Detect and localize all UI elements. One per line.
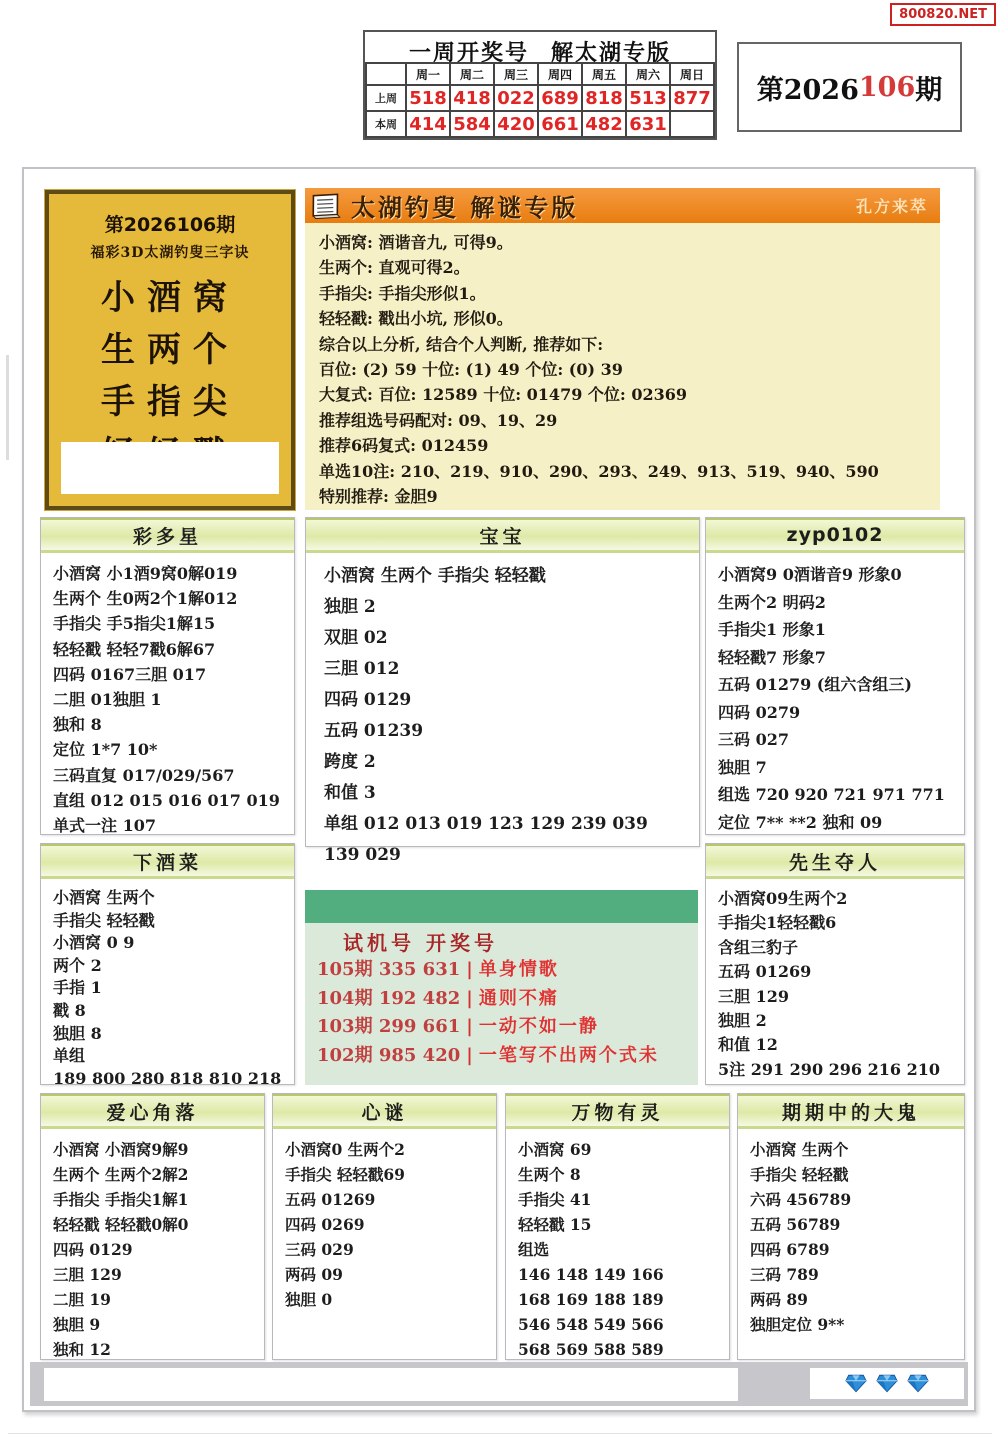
tip-line: 手指尖 手指尖1解1: [53, 1187, 252, 1212]
tip-line: 两码 09: [285, 1262, 484, 1287]
tip-line: 三胆 129: [53, 1262, 252, 1287]
gem-box: [810, 1368, 964, 1399]
tip-line: 独胆 0: [285, 1287, 484, 1312]
section-wanwu: 万物有灵 小酒窝 69 生两个 8 手指尖 41 轻轻戳 15 组选 146 1…: [505, 1093, 730, 1360]
number-cell: 661: [538, 111, 582, 137]
number-cell: 689: [538, 85, 582, 111]
section-qiqi: 期期中的大鬼 小酒窝 生两个 手指尖 轻轻戳 六码 456789 五码 5678…: [737, 1093, 965, 1360]
section-header: zyp0102: [706, 518, 964, 553]
section-title: 心谜: [361, 1098, 407, 1125]
tip-line: 五码 56789: [750, 1212, 952, 1237]
tip-line: 三码 027: [718, 726, 952, 754]
section-baobao: 宝宝 小酒窝 生两个 手指尖 轻轻戳 独胆 2 双胆 02 三胆 012 四码 …: [305, 517, 700, 847]
gem-icon: [845, 1374, 867, 1393]
page-bottom-divider: [8, 1433, 992, 1434]
tip-line: 小酒窝0 生两个2: [285, 1137, 484, 1162]
tip-line: 独胆 2: [324, 592, 687, 623]
week-numbers-table: 周一 周二 周三 周四 周五 周六 周日 上周 518 418 022 689 …: [365, 62, 715, 138]
number-cell: 518: [406, 85, 450, 111]
tip-line: 独和 12: [53, 1337, 252, 1362]
section-xiajiucai: 下酒菜 小酒窝 生两个 手指尖 轻轻戳 小酒窝 0 9 两个 2 手指 1 戳 …: [40, 843, 295, 1085]
number-cell: 584: [450, 111, 494, 137]
day-header: 周三: [494, 63, 538, 85]
section-xiansheng: 先生夺人 小酒窝09生两个2 手指尖1轻轻戳6 含组三豹子 五码 01269 三…: [705, 843, 965, 1085]
section-body: 小酒窝 小1酒9窝0解019 生两个 生0两2个1解012 手指尖 手5指尖1解…: [41, 553, 294, 838]
tip-line: 和值 12: [718, 1033, 952, 1057]
table-row: 上周 518 418 022 689 818 513 877: [366, 85, 714, 111]
number-cell: 418: [450, 85, 494, 111]
machine-number-body: 试机号 开奖号 105期 335 631|单身情歌 104期 192 482|通…: [305, 923, 698, 1070]
section-title: zyp0102: [787, 524, 884, 546]
number-cell: 513: [626, 85, 670, 111]
day-header: 周二: [450, 63, 494, 85]
tip-line: 小酒窝9 0酒谐音9 形象0: [718, 561, 952, 589]
section-title: 先生夺人: [789, 848, 881, 875]
taihu-panel: 太湖钓叟 解谜专版 孔方来萃 小酒窝: 酒谐音九, 可得9。 生两个: 直观可得…: [305, 188, 940, 510]
draw-numbers: 104期 192 482: [317, 988, 460, 1009]
tip-line: 手指尖 轻轻戳69: [285, 1162, 484, 1187]
section-title: 彩多星: [133, 522, 202, 549]
corner-cell: [366, 63, 406, 85]
day-header: 周日: [670, 63, 714, 85]
draw-numbers: 105期 335 631: [317, 959, 460, 980]
tip-line: 小酒窝 小酒窝9解9: [53, 1137, 252, 1162]
machine-number-title: 试机号 开奖号: [317, 927, 698, 956]
verse-line: 手指尖: [49, 376, 291, 428]
tip-line: 含组三豹子: [718, 936, 952, 960]
draw-numbers: 102期 985 420: [317, 1045, 460, 1066]
day-header: 周四: [538, 63, 582, 85]
issue-red-number: 106: [859, 72, 915, 103]
tip-line: 轻轻戳 轻轻戳0解0: [53, 1212, 252, 1237]
taihu-body: 小酒窝: 酒谐音九, 可得9。 生两个: 直观可得2。 手指尖: 手指尖形似1。…: [305, 223, 940, 509]
section-title: 万物有灵: [571, 1098, 663, 1125]
tip-line: 手指尖1 形象1: [718, 616, 952, 644]
section-caiduoxing: 彩多星 小酒窝 小1酒9窝0解019 生两个 生0两2个1解012 手指尖 手5…: [40, 517, 295, 835]
tip-line: 小酒窝 生两个 手指尖 轻轻戳: [324, 561, 687, 592]
section-title: 期期中的大鬼: [782, 1098, 920, 1125]
number-cell: 877: [670, 85, 714, 111]
tip-line: 568 569 588 589: [518, 1337, 717, 1362]
tip-line: 定位 7** **2 独和 09: [718, 809, 952, 837]
tip-line: 轻轻戳 轻轻7戳6解67: [53, 637, 282, 662]
week-panel-title: 一周开奖号解太湖专版: [365, 32, 715, 62]
number-cell: 022: [494, 85, 538, 111]
tip-line: 小酒窝 生两个: [53, 887, 282, 910]
tip-line: 手指尖 41: [518, 1187, 717, 1212]
site-tag: 800820.NET: [890, 3, 996, 26]
tip-line: 生两个 生两个2解2: [53, 1162, 252, 1187]
number-cell: 420: [494, 111, 538, 137]
tip-line: 独胆 9: [53, 1312, 252, 1337]
tip-line: 戳 8: [53, 1000, 282, 1023]
tip-line: 直组 012 015 016 017 019: [53, 788, 282, 813]
blank-area: [61, 442, 279, 494]
number-cell: 818: [582, 85, 626, 111]
issue-suffix: 期: [915, 68, 942, 107]
tip-line: 单组 012 013 019 123 129 239 039 139 029: [324, 809, 687, 871]
machine-number-row: 102期 985 420|一笔写不出两个式未: [317, 1042, 698, 1071]
number-cell: [670, 111, 714, 137]
machine-number-box: 试机号 开奖号 105期 335 631|单身情歌 104期 192 482|通…: [305, 890, 698, 1085]
taihu-line: 轻轻戳: 戳出小坑, 形似0。: [319, 306, 926, 331]
tip-line: 单式一注 107: [53, 813, 282, 838]
section-title: 宝宝: [479, 522, 525, 549]
footer-strip: [30, 1362, 968, 1406]
section-aixin: 爱心角落 小酒窝 小酒窝9解9 生两个 生两个2解2 手指尖 手指尖1解1 轻轻…: [40, 1093, 265, 1360]
taihu-line: 特别推荐: 金胆9: [319, 484, 926, 509]
tip-line: 小酒窝 0 9: [53, 932, 282, 955]
row-label: 本周: [366, 111, 406, 137]
row-label: 上周: [366, 85, 406, 111]
section-header: 下酒菜: [41, 844, 294, 879]
tip-line: 六码 456789: [750, 1187, 952, 1212]
section-header: 万物有灵: [506, 1094, 729, 1129]
taihu-corner-label: 孔方来萃: [856, 194, 928, 217]
section-header: 心谜: [273, 1094, 496, 1129]
tip-line: 独胆 2: [718, 1009, 952, 1033]
taihu-line: 手指尖: 手指尖形似1。: [319, 281, 926, 306]
taihu-title: 太湖钓叟 解谜专版: [351, 188, 578, 223]
section-body: 小酒窝 生两个 手指尖 轻轻戳 六码 456789 五码 56789 四码 67…: [738, 1129, 964, 1337]
section-header: 爱心角落: [41, 1094, 264, 1129]
footer-input[interactable]: [44, 1368, 738, 1401]
section-title: 下酒菜: [133, 848, 202, 875]
tip-line: 定位 1*7 10*: [53, 737, 282, 762]
tip-line: 跨度 2: [324, 747, 687, 778]
tip-line: 手指尖 手5指尖1解15: [53, 611, 282, 636]
tip-line: 四码 0279: [718, 699, 952, 727]
draw-phrase: 一动不如一静: [479, 1016, 599, 1037]
separator: |: [460, 1016, 479, 1037]
section-body: 小酒窝09生两个2 手指尖1轻轻戳6 含组三豹子 五码 01269 三胆 129…: [706, 879, 964, 1082]
tip-line: 双胆 02: [324, 623, 687, 654]
gem-icon: [907, 1374, 929, 1393]
tip-line: 独胆 8: [53, 1023, 282, 1046]
machine-number-row: 105期 335 631|单身情歌: [317, 956, 698, 985]
tip-line: 五码 01279 (组六含组三): [718, 671, 952, 699]
tip-line: 单组: [53, 1045, 282, 1068]
tip-line: 四码 0129: [324, 685, 687, 716]
tip-line: 两码 89: [750, 1287, 952, 1312]
tip-line: 两个 2: [53, 955, 282, 978]
tip-line: 二胆 19: [53, 1287, 252, 1312]
tip-line: 四码 0167三胆 017: [53, 662, 282, 687]
machine-number-row: 104期 192 482|通则不痛: [317, 985, 698, 1014]
gem-icon: [876, 1374, 898, 1393]
taihu-line: 综合以上分析, 结合个人判断, 推荐如下:: [319, 332, 926, 357]
verse-line: 小酒窝: [49, 272, 291, 324]
table-header-row: 周一 周二 周三 周四 周五 周六 周日: [366, 63, 714, 85]
draw-phrase: 一笔写不出两个式未: [479, 1045, 659, 1066]
machine-number-row: 103期 299 661|一动不如一静: [317, 1013, 698, 1042]
separator: |: [460, 959, 479, 980]
section-header: 先生夺人: [706, 844, 964, 879]
taihu-line: 推荐6码复式: 012459: [319, 433, 926, 458]
number-cell: 482: [582, 111, 626, 137]
separator: |: [460, 988, 479, 1009]
tip-line: 四码 6789: [750, 1237, 952, 1262]
number-cell: 631: [626, 111, 670, 137]
draw-numbers: 103期 299 661: [317, 1016, 460, 1037]
green-band: [305, 890, 698, 923]
week-panel-title-left: 一周开奖号: [409, 40, 529, 66]
tip-line: 三胆 129: [718, 985, 952, 1009]
tip-line: 168 169 188 189: [518, 1287, 717, 1312]
tip-line: 手指尖1轻轻戳6: [718, 911, 952, 935]
tip-line: 独胆 7: [718, 754, 952, 782]
tip-line: 三码 789: [750, 1262, 952, 1287]
tip-line: 5注 291 290 296 216 210: [718, 1058, 952, 1082]
week-open-numbers-panel: 一周开奖号解太湖专版 周一 周二 周三 周四 周五 周六 周日 上周 518 4…: [363, 30, 717, 140]
taihu-header: 太湖钓叟 解谜专版 孔方来萃: [305, 188, 940, 223]
tip-line: 组选: [518, 1237, 717, 1262]
gold-verse-box: 第2026106期 福彩3D太湖钓叟三字诀 小酒窝 生两个 手指尖 轻轻戳: [45, 190, 295, 510]
section-body: 小酒窝 生两个 手指尖 轻轻戳 独胆 2 双胆 02 三胆 012 四码 012…: [306, 553, 699, 871]
tip-line: 轻轻戳7 形象7: [718, 644, 952, 672]
number-cell: 414: [406, 111, 450, 137]
section-body: 小酒窝 69 生两个 8 手指尖 41 轻轻戳 15 组选 146 148 14…: [506, 1129, 729, 1362]
taihu-line: 推荐组选号码配对: 09、19、29: [319, 408, 926, 433]
tip-line: 生两个2 明码2: [718, 589, 952, 617]
section-header: 宝宝: [306, 518, 699, 553]
tip-line: 五码 01269: [285, 1187, 484, 1212]
tip-line: 546 548 549 566: [518, 1312, 717, 1337]
tip-line: 独胆定位 9**: [750, 1312, 952, 1337]
taihu-line: 生两个: 直观可得2。: [319, 255, 926, 280]
tip-line: 生两个 生0两2个1解012: [53, 586, 282, 611]
tip-line: 组选 720 920 721 971 771: [718, 781, 952, 809]
gold-subtitle: 福彩3D太湖钓叟三字诀: [49, 242, 291, 262]
tip-line: 和值 3: [324, 778, 687, 809]
tip-line: 手指 1: [53, 977, 282, 1000]
taihu-line: 百位: (2) 59 十位: (1) 49 个位: (0) 39: [319, 357, 926, 382]
day-header: 周一: [406, 63, 450, 85]
issue-number-box: 第2026106期: [737, 42, 962, 132]
tip-line: 五码 01239: [324, 716, 687, 747]
tip-line: 小酒窝09生两个2: [718, 887, 952, 911]
gold-issue-label: 第2026106期: [49, 210, 291, 237]
issue-prefix: 第2026: [757, 68, 859, 107]
section-body: 小酒窝0 生两个2 手指尖 轻轻戳69 五码 01269 四码 0269 三码 …: [273, 1129, 496, 1312]
section-header: 期期中的大鬼: [738, 1094, 964, 1129]
section-xinmi: 心谜 小酒窝0 生两个2 手指尖 轻轻戳69 五码 01269 四码 0269 …: [272, 1093, 497, 1360]
tip-line: 五码 01269: [718, 960, 952, 984]
tip-line: 146 148 149 166: [518, 1262, 717, 1287]
section-zyp0102: zyp0102 小酒窝9 0酒谐音9 形象0 生两个2 明码2 手指尖1 形象1…: [705, 517, 965, 835]
separator: |: [460, 1045, 479, 1066]
taihu-line: 大复式: 百位: 12589 十位: 01479 个位: 02369: [319, 382, 926, 407]
tip-line: 小酒窝 小1酒9窝0解019: [53, 561, 282, 586]
section-body: 小酒窝 生两个 手指尖 轻轻戳 小酒窝 0 9 两个 2 手指 1 戳 8 独胆…: [41, 879, 294, 1090]
tip-line: 三码直复 017/029/567: [53, 763, 282, 788]
tip-line: 四码 0269: [285, 1212, 484, 1237]
week-panel-title-right: 解太湖专版: [551, 40, 671, 66]
tip-line: 三码 029: [285, 1237, 484, 1262]
taihu-line: 小酒窝: 酒谐音九, 可得9。: [319, 230, 926, 255]
verse-line: 生两个: [49, 324, 291, 376]
scroll-artifact: [6, 355, 9, 460]
section-body: 小酒窝 小酒窝9解9 生两个 生两个2解2 手指尖 手指尖1解1 轻轻戳 轻轻戳…: [41, 1129, 264, 1362]
tip-line: 生两个 8: [518, 1162, 717, 1187]
tip-line: 小酒窝 生两个: [750, 1137, 952, 1162]
section-body: 小酒窝9 0酒谐音9 形象0 生两个2 明码2 手指尖1 形象1 轻轻戳7 形象…: [706, 553, 964, 836]
section-header: 彩多星: [41, 518, 294, 553]
tip-line: 手指尖 轻轻戳: [53, 910, 282, 933]
draw-phrase: 单身情歌: [479, 959, 559, 980]
tip-line: 三胆 012: [324, 654, 687, 685]
taihu-line: 单选10注: 210、219、910、290、293、249、913、519、9…: [319, 459, 926, 484]
section-title: 爱心角落: [106, 1098, 198, 1125]
table-row: 本周 414 584 420 661 482 631: [366, 111, 714, 137]
tip-line: 189 800 280 818 810 218: [53, 1068, 282, 1091]
tip-line: 手指尖 轻轻戳: [750, 1162, 952, 1187]
draw-phrase: 通则不痛: [479, 988, 559, 1009]
tip-line: 小酒窝 69: [518, 1137, 717, 1162]
tip-line: 二胆 01独胆 1: [53, 687, 282, 712]
tip-line: 独和 8: [53, 712, 282, 737]
tip-line: 四码 0129: [53, 1237, 252, 1262]
tip-line: 轻轻戳 15: [518, 1212, 717, 1237]
day-header: 周六: [626, 63, 670, 85]
notepad-icon: [309, 191, 343, 221]
day-header: 周五: [582, 63, 626, 85]
